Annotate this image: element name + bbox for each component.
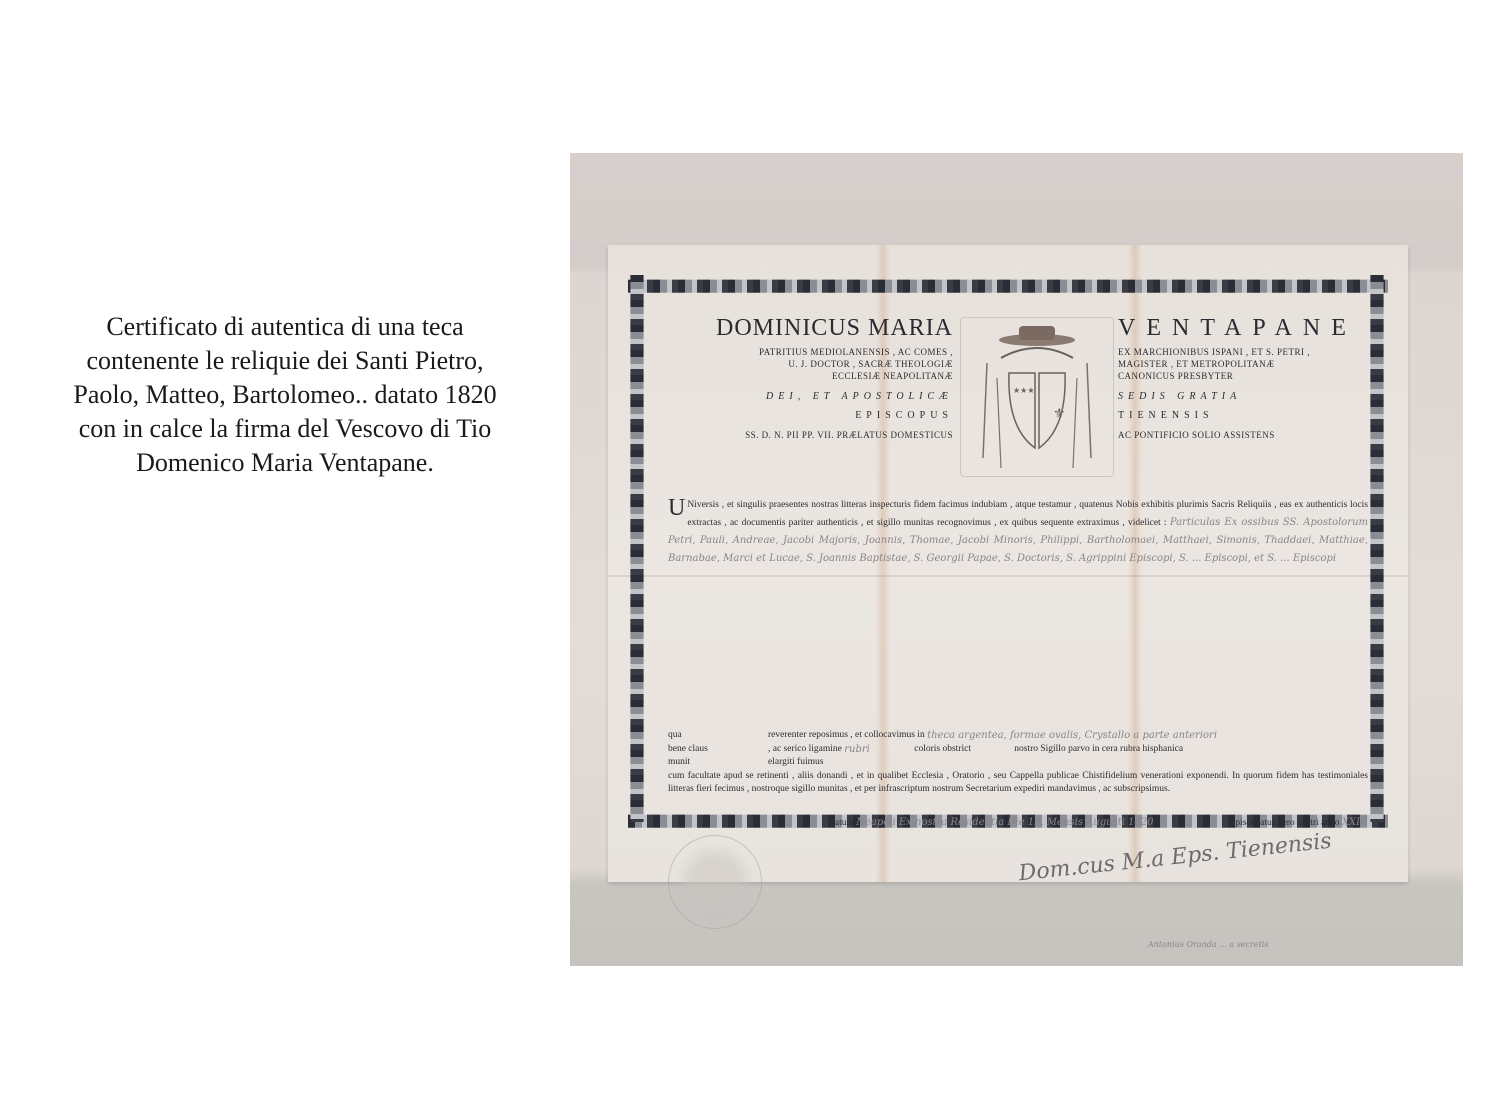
coat-of-arms-icon: ⚜ ★★★ (960, 317, 1114, 477)
certificate-body-2: qua reverenter reposimus , et collocavim… (668, 729, 1368, 797)
handwritten-text: theca argentea, formae ovalis, Crystallo… (927, 729, 1217, 743)
title-line: EPISCOPUS (668, 410, 953, 421)
certificate-body: U Niversis , et singulis praesentes nost… (668, 497, 1368, 568)
header-left: DOMINICUS MARIA PATRITIUS MEDIOLANENSIS … (668, 315, 953, 440)
datum-label: Datum (828, 818, 854, 828)
title-line: EX MARCHIONIBUS ISPANI , ET S. PETRI , (1118, 346, 1368, 358)
title-line: SS. D. N. PII PP. VII. PRÆLATUS DOMESTIC… (668, 430, 953, 440)
title-line: DEI, ET APOSTOLICÆ (668, 391, 953, 402)
title-line: AC PONTIFICIO SOLIO ASSISTENS (1118, 430, 1368, 440)
title-line: ECCLESIÆ NEAPOLITANÆ (668, 370, 953, 382)
caption-line: Certificato di autentica di una teca (30, 310, 540, 344)
decorative-border-top (628, 273, 1388, 295)
date-line: Datum Neapoli Ex nostra Residentia Die 1… (828, 817, 1368, 828)
episcopatus-label: Episcopatus vero nostri anno (1230, 818, 1340, 828)
printed-text: cum facultate apud se retinenti , aliis … (668, 770, 1368, 797)
certificate-paper: DOMINICUS MARIA PATRITIUS MEDIOLANENSIS … (608, 245, 1408, 882)
handwritten-date: Neapoli Ex nostra Residentia Die 19. Men… (856, 817, 1153, 828)
caption-line: contenente le reliquie dei Santi Pietro, (30, 344, 540, 378)
handwritten-year: XXIII (1342, 817, 1368, 828)
printed-text: munit (668, 756, 768, 770)
printed-text: bene claus (668, 743, 768, 757)
bishop-name-first: DOMINICUS MARIA (668, 315, 953, 342)
embossed-seal-icon (668, 835, 762, 929)
printed-text: coloris obstrict (914, 743, 1014, 757)
handwritten-text: rubri (844, 743, 914, 757)
svg-text:⚜: ⚜ (1053, 406, 1066, 422)
title-line: MAGISTER , ET METROPOLITANÆ (1118, 358, 1368, 370)
caption: Certificato di autentica di una teca con… (30, 310, 540, 480)
title-line: CANONICUS PRESBYTER (1118, 370, 1368, 382)
printed-text: nostro Sigillo parvo in cera rubra hisph… (1014, 743, 1183, 757)
caption-line: Paolo, Matteo, Bartolomeo.. datato 1820 (30, 378, 540, 412)
title-line: PATRITIUS MEDIOLANENSIS , AC COMES , (668, 346, 953, 358)
bishop-signature: Dom.cus M.a Eps. Tienensis (1018, 829, 1333, 887)
decorative-border-left (626, 275, 648, 822)
fold-line (608, 575, 1408, 577)
printed-text: elargiti fuimus (768, 756, 824, 770)
certificate-photo: DOMINICUS MARIA PATRITIUS MEDIOLANENSIS … (570, 153, 1463, 966)
decorative-border-right (1366, 275, 1388, 822)
secretary-signature: Antonius Oranda ... a secretis (1148, 940, 1268, 949)
printed-text: qua (668, 729, 768, 743)
header-right: VENTAPANE EX MARCHIONIBUS ISPANI , ET S.… (1118, 315, 1368, 440)
title-line: U. J. DOCTOR , SACRÆ THEOLOGIÆ (668, 358, 953, 370)
printed-text: reverenter reposimus , et collocavimus i… (768, 729, 925, 743)
title-line: SEDIS GRATIA (1118, 391, 1368, 402)
caption-line: Domenico Maria Ventapane. (30, 446, 540, 480)
title-line: TIENENSIS (1118, 410, 1368, 421)
bishop-name-last: VENTAPANE (1118, 315, 1368, 342)
printed-text: , ac serico ligamine (768, 743, 842, 757)
svg-text:★★★: ★★★ (1013, 386, 1035, 395)
drop-cap: U (668, 497, 685, 519)
caption-line: con in calce la firma del Vescovo di Tio (30, 412, 540, 446)
